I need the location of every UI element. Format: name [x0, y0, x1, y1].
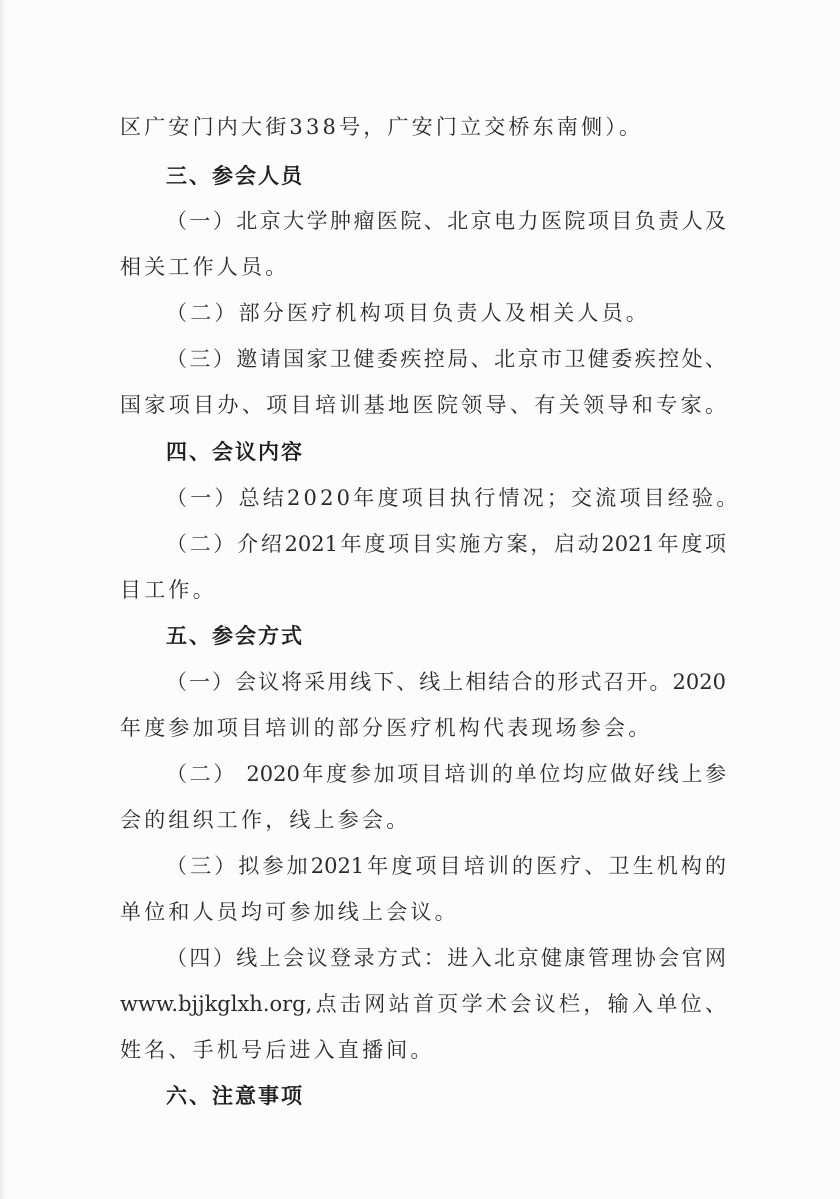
content-item-2: （二）介绍2021年度项目实施方案，启动2021年度项 [166, 530, 726, 558]
content-item-2-cont: 目工作。 [120, 576, 217, 604]
method-item-4: （四）线上会议登录方式：进入北京健康管理协会官网 [166, 944, 726, 972]
method-item-1-cont: 年度参加项目培训的部分医疗机构代表现场参会。 [120, 714, 652, 742]
method-item-2: （二） 2020年度参加项目培训的单位均应做好线上参 [166, 760, 726, 788]
section-heading-attendees: 三、参会人员 [166, 162, 304, 190]
document-page: 区广安门内大街338号，广安门立交桥东南侧）。 三、参会人员 （一）北京大学肿瘤… [0, 0, 840, 1199]
section-heading-content: 四、会议内容 [166, 438, 304, 466]
method-item-3: （三）拟参加2021年度项目培训的医疗、卫生机构的 [166, 852, 726, 880]
method-item-4-url-line: www.bjjkglxh.org,点击网站首页学术会议栏，输入单位、 [120, 990, 726, 1018]
scan-edge-shadow [0, 0, 6, 1199]
method-item-3-cont: 单位和人员均可参加线上会议。 [120, 898, 459, 926]
section-heading-notes: 六、注意事项 [166, 1082, 304, 1110]
method-item-2-cont: 会的组织工作，线上参会。 [120, 806, 410, 834]
section-heading-method: 五、参会方式 [166, 622, 304, 650]
content-item-1: （一）总结2020年度项目执行情况；交流项目经验。 [166, 484, 740, 512]
attendees-item-1: （一）北京大学肿瘤医院、北京电力医院项目负责人及 [166, 207, 726, 235]
address-continuation-line: 区广安门内大街338号，广安门立交桥东南侧）。 [120, 113, 643, 141]
method-item-4-cont: 姓名、手机号后进入直播间。 [120, 1036, 435, 1064]
attendees-item-1-cont: 相关工作人员。 [120, 253, 289, 281]
method-item-1: （一）会议将采用线下、线上相结合的形式召开。2020 [166, 668, 726, 696]
attendees-item-3: （三）邀请国家卫健委疾控局、北京市卫健委疾控处、 [166, 345, 726, 373]
attendees-item-3-cont: 国家项目办、项目培训基地医院领导、有关领导和专家。 [120, 391, 726, 419]
attendees-item-2: （二）部分医疗机构项目负责人及相关人员。 [166, 299, 650, 327]
